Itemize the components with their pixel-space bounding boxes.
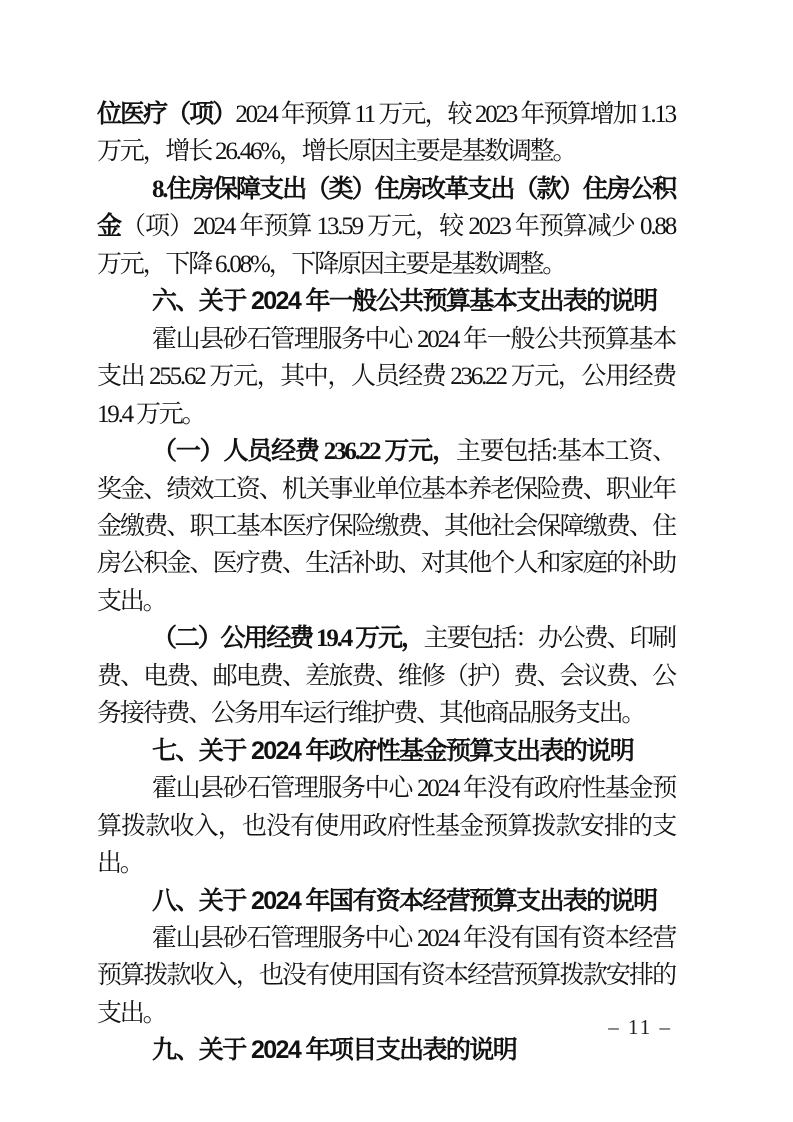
paragraph-basic-expenditure-overview: 霍山县砂石管理服务中心 2024 年一般公共预算基本支出 255.62 万元，其… (97, 321, 675, 433)
paragraph-state-capital-budget: 霍山县砂石管理服务中心 2024 年没有国有资本经营预算拨款收入，也没有使用国有… (97, 920, 675, 1032)
bold-text-run: （一）人员经费 236.22 万元， (152, 438, 456, 465)
section-heading-nine: 九、关于 2024 年项目支出表的说明 (97, 1032, 675, 1069)
text-run: （项）2024 年预算 13.59 万元，较 2023 年预算减少 0.88 万… (97, 213, 675, 277)
document-page: 位医疗（项）2024 年预算 11 万元，较 2023 年预算增加 1.13 万… (0, 0, 793, 1122)
document-content: 位医疗（项）2024 年预算 11 万元，较 2023 年预算增加 1.13 万… (97, 96, 675, 1070)
paragraph-public-funds: （二）公用经费 19.4 万元，主要包括：办公费、印刷费、电费、邮电费、差旅费、… (97, 620, 675, 732)
section-heading-seven: 七、关于 2024 年政府性基金预算支出表的说明 (97, 733, 675, 770)
section-heading-six: 六、关于 2024 年一般公共预算基本支出表的说明 (97, 283, 675, 320)
bold-text-run: 位医疗（项） (97, 101, 235, 128)
bold-text-run: （二）公用经费 19.4 万元， (152, 625, 424, 652)
page-number: – 11 – (608, 1013, 672, 1041)
section-heading-eight: 八、关于 2024 年国有资本经营预算支出表的说明 (97, 883, 675, 920)
paragraph-housing-security-item: 8.住房保障支出（类）住房改革支出（款）住房公积金（项）2024 年预算 13.… (97, 171, 675, 283)
paragraph-government-fund-budget: 霍山县砂石管理服务中心 2024 年没有政府性基金预算拨款收入，也没有使用政府性… (97, 770, 675, 882)
paragraph-unit-medical-budget: 位医疗（项）2024 年预算 11 万元，较 2023 年预算增加 1.13 万… (97, 96, 675, 171)
paragraph-personnel-funds: （一）人员经费 236.22 万元，主要包括:基本工资、奖金、绩效工资、机关事业… (97, 433, 675, 620)
